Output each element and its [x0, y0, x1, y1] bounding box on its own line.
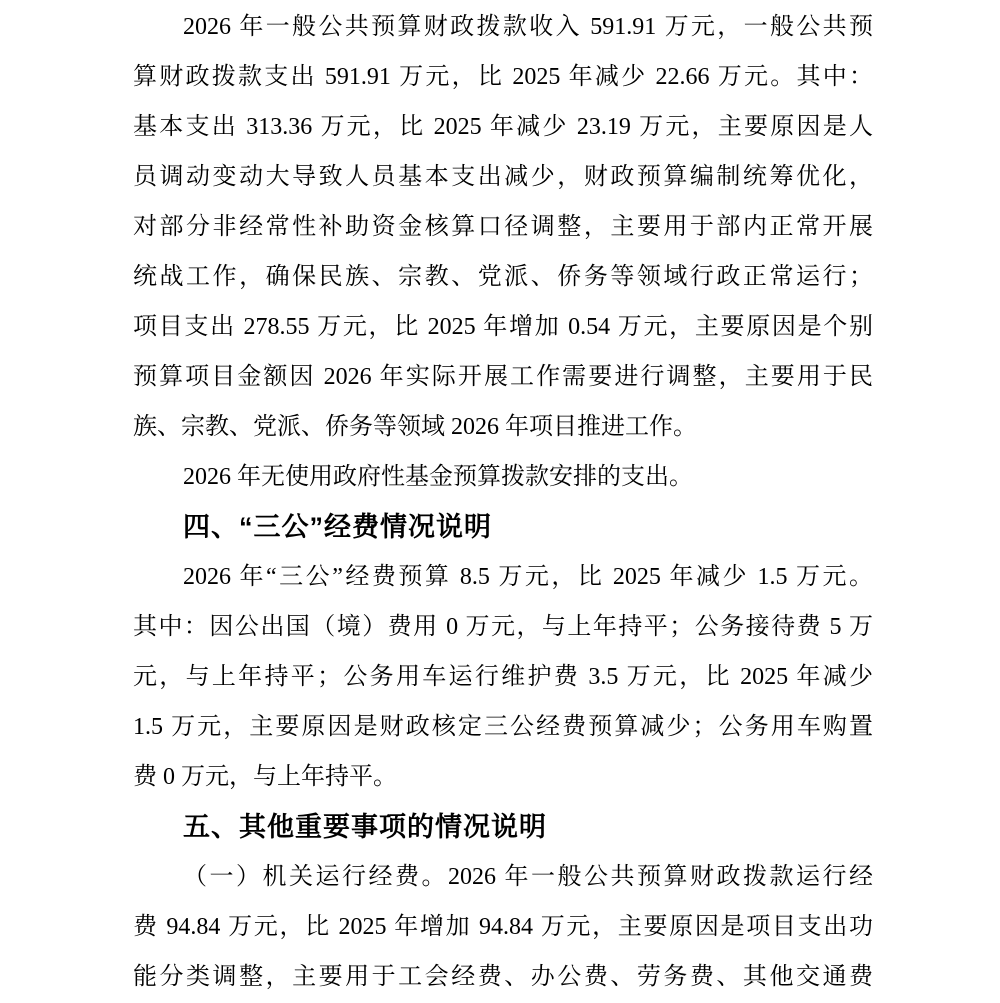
- text-line: 算财政拨款支出 591.91 万元，比 2025 年减少 22.66 万元。其中…: [133, 52, 873, 102]
- text-line: 费 94.84 万元，比 2025 年增加 94.84 万元，主要原因是项目支出…: [133, 902, 873, 952]
- text-line: 元，与上年持平；公务用车运行维护费 3.5 万元，比 2025 年减少: [133, 652, 873, 702]
- text-line: 费 0 万元，与上年持平。: [133, 752, 873, 802]
- text-line: 2026 年一般公共预算财政拨款收入 591.91 万元，一般公共预: [133, 2, 873, 52]
- text-line: 项目支出 278.55 万元，比 2025 年增加 0.54 万元，主要原因是个…: [133, 302, 873, 352]
- text-line: 对部分非经常性补助资金核算口径调整，主要用于部内正常开展: [133, 202, 873, 252]
- text-line: 其中：因公出国（境）费用 0 万元，与上年持平；公务接待费 5 万: [133, 602, 873, 652]
- text-line: 2026 年“三公”经费预算 8.5 万元，比 2025 年减少 1.5 万元。: [133, 552, 873, 602]
- text-line: （一）机关运行经费。2026 年一般公共预算财政拨款运行经: [133, 852, 873, 902]
- text-line: 基本支出 313.36 万元，比 2025 年减少 23.19 万元，主要原因是…: [133, 102, 873, 152]
- document-page: 2026 年一般公共预算财政拨款收入 591.91 万元，一般公共预 算财政拨款…: [0, 0, 1000, 1003]
- section-heading-five: 五、其他重要事项的情况说明: [133, 802, 873, 852]
- text-line: 员调动变动大导致人员基本支出减少，财政预算编制统筹优化，: [133, 152, 873, 202]
- text-line: 族、宗教、党派、侨务等领域 2026 年项目推进工作。: [133, 402, 873, 452]
- text-line: 统战工作，确保民族、宗教、党派、侨务等领域行政正常运行；: [133, 252, 873, 302]
- text-line: 1.5 万元，主要原因是财政核定三公经费预算减少；公务用车购置: [133, 702, 873, 752]
- text-line: 2026 年无使用政府性基金预算拨款安排的支出。: [133, 452, 873, 502]
- text-line: 预算项目金额因 2026 年实际开展工作需要进行调整，主要用于民: [133, 352, 873, 402]
- document-text-block: 2026 年一般公共预算财政拨款收入 591.91 万元，一般公共预 算财政拨款…: [133, 2, 873, 1002]
- section-heading-four: 四、“三公”经费情况说明: [133, 502, 873, 552]
- text-line: 能分类调整，主要用于工会经费、办公费、劳务费、其他交通费: [133, 952, 873, 1002]
